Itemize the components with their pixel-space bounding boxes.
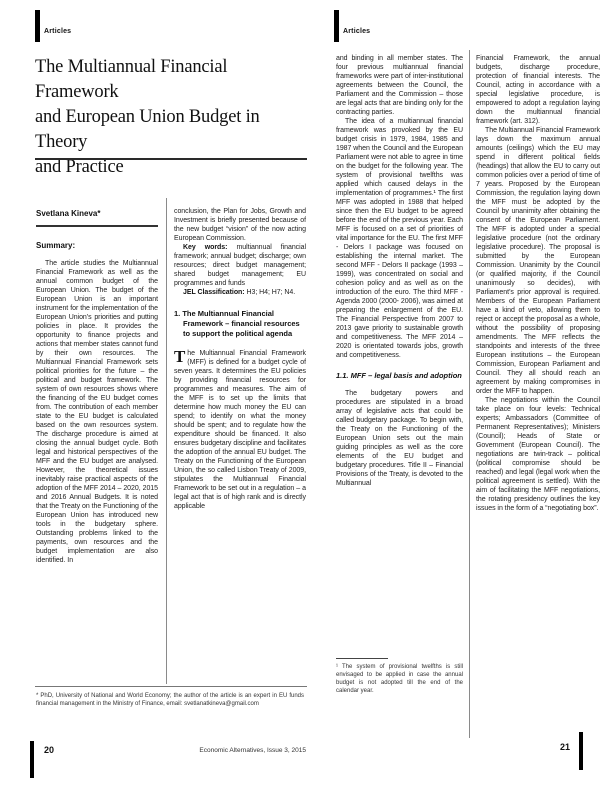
footnote-text: ¹ The system of provisional twelfths is … <box>336 664 463 694</box>
column-divider <box>469 50 470 738</box>
author-name: Svetlana Kineva* <box>36 207 158 218</box>
footer-bar-left <box>30 741 34 778</box>
footer-bar-right <box>579 732 583 770</box>
keywords-paragraph: Key words: multiannual financial framewo… <box>174 243 306 288</box>
col1-paragraph-2: The idea of a multiannual financial fram… <box>336 117 463 360</box>
left-page: Articles The Multiannual Financial Frame… <box>30 0 308 800</box>
section-1-paragraph: The Multiannual Financial Framework (MFF… <box>174 349 306 511</box>
section-1-text: he Multiannual Financial Framework (MFF)… <box>174 350 306 510</box>
subsection-heading: 1.1. MFF – legal basis and adoption <box>336 371 463 380</box>
col1-paragraph-3: The budgetary powers and procedures are … <box>336 389 463 488</box>
col2-paragraph-3: The negotiations within the Council take… <box>476 396 600 513</box>
page-title: The Multiannual Financial Framework and … <box>35 55 307 180</box>
page-number: 20 <box>44 745 54 755</box>
author-rule <box>36 225 158 227</box>
col2-paragraph-2: The Multiannual Financial Framework lays… <box>476 126 600 396</box>
conclusion-paragraph: conclusion, the Plan for Jobs, Growth an… <box>174 207 306 243</box>
jel-label: JEL Classification: <box>183 289 245 296</box>
footnote-rule <box>35 686 307 687</box>
provisional-twelfths-footnote: ¹ The system of provisional twelfths is … <box>336 658 463 695</box>
right-page-column-2: Financial Framework, the annual budgets,… <box>476 54 600 714</box>
jel-classification: JEL Classification: H3; H4; H7; N4. <box>174 288 306 297</box>
left-page-column-2: conclusion, the Plan for Jobs, Growth an… <box>174 207 306 679</box>
journal-spread: { "left_page": { "section_label": "Artic… <box>0 0 600 800</box>
journal-footer: Economic Alternatives, Issue 3, 2015 <box>106 747 306 754</box>
title-rule <box>35 158 307 160</box>
author-footnote: * PhD, University of National and World … <box>36 692 304 708</box>
summary-heading: Summary: <box>36 241 158 250</box>
page-number: 21 <box>560 742 570 752</box>
col1-paragraph-1: and binding in all member states. The fo… <box>336 54 463 117</box>
col2-paragraph-1: Financial Framework, the annual budgets,… <box>476 54 600 126</box>
articles-corner-bar <box>35 10 40 42</box>
articles-label: Articles <box>343 28 370 35</box>
left-page-column-1: Svetlana Kineva* Summary: The article st… <box>36 207 158 679</box>
articles-label: Articles <box>44 28 71 35</box>
column-divider <box>166 198 167 684</box>
footnote-rule <box>336 658 388 659</box>
section-1-heading: 1. The Multiannual Financial Framework –… <box>174 309 306 339</box>
right-page-column-1: and binding in all member states. The fo… <box>336 54 463 648</box>
summary-paragraph: The article studies the Multiannual Fina… <box>36 259 158 565</box>
drop-cap: T <box>174 349 187 365</box>
keywords-label: Key words: <box>183 244 227 251</box>
jel-text: H3; H4; H7; N4. <box>246 289 295 296</box>
articles-corner-bar <box>334 10 339 42</box>
right-page: Articles and binding in all member state… <box>332 0 598 800</box>
